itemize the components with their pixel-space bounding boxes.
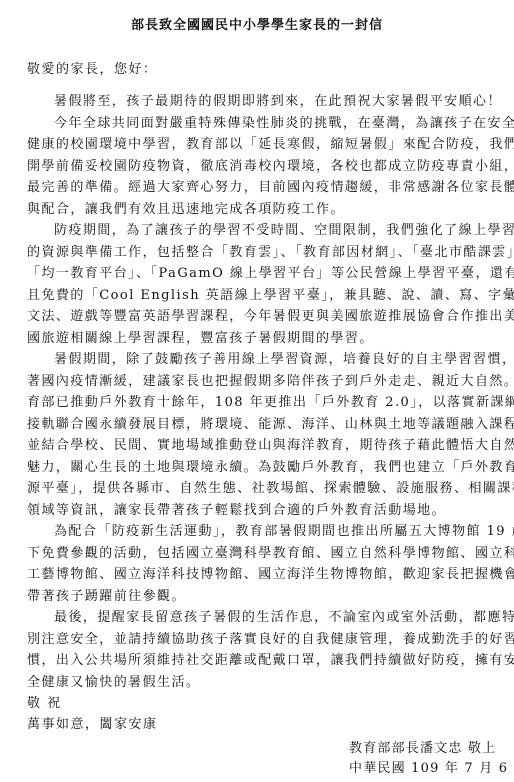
body-line: 帶著孩子踴躍前往參觀。 [27,586,489,608]
body-line: 源平臺」，提供各縣市、自然生態、社教場館、探索體驗、設施服務、相關課程 [27,478,489,500]
letter-title: 部長致全國國民中小學學生家長的一封信 [0,14,514,33]
body-line: 最完善的準備。經過大家齊心努力，目前國內疫情趨緩，非常感謝各位家長體諒 [27,177,489,199]
body-line: 暑假期間，除了鼓勵孩子善用線上學習資源，培養良好的自主學習習慣，隨 [27,349,489,371]
body-line: 文法、遊戲等豐富英語學習課程，今年暑假更與美國旅遊推展協會合作推出美 [27,306,489,328]
body-line: 為配合「防疫新生活運動」，教育部暑假期間也推出所屬五大博物館 19 歲以 [27,521,489,543]
closing-wish: 萬事如意，闔家安康 [27,714,158,735]
letter-body: 暑假將至，孩子最期待的假期即將到來，在此預祝大家暑假平安順心！今年全球共同面對嚴… [27,91,489,693]
body-line: 領域等資訊，讓家長帶著孩子輕鬆找到合適的戶外教育活動場地。 [27,500,489,522]
body-line: 暑假將至，孩子最期待的假期即將到來，在此預祝大家暑假平安順心！ [27,91,489,113]
closing: 敬 祝 萬事如意，闔家安康 [27,693,158,735]
body-line: 最後，提醒家長留意孩子暑假的生活作息，不論室內或室外活動，都應特 [27,607,489,629]
body-line: 防疫期間，為了讓孩子的學習不受時間、空間限制，我們強化了線上學習 [27,220,489,242]
body-line: 且免費的「Cool English 英語線上學習平臺」，兼具聽、說、讀、寫、字彙… [27,285,489,307]
greeting: 敬愛的家長，您好： [27,58,158,77]
body-line: 育部已推動戶外教育十餘年，108 年更推出「戶外教育 2.0」，以落實新課綱精神… [27,392,489,414]
body-line: 的資源與準備工作，包括整合「教育雲」、「教育部因材網」、「臺北市酷課雲」、 [27,242,489,264]
body-line: 並結合學校、民間、實地場域推動登山與海洋教育，期待孩子藉此體悟大自然的 [27,435,489,457]
body-line: 著國內疫情漸緩，建議家長也把握假期多陪伴孩子到戶外走走、親近大自然。教 [27,371,489,393]
body-line: 今年全球共同面對嚴重特殊傳染性肺炎的挑戰，在臺灣，為讓孩子在安全、 [27,113,489,135]
body-line: 全健康又愉快的暑假生活。 [27,672,489,694]
body-line: 開學前備妥校園防疫物資，徹底消毒校內環境，各校也都成立防疫專責小組，做 [27,156,489,178]
closing-salutation: 敬 祝 [27,693,158,714]
signature-date: 中華民國 109 年 7 月 6 日 [349,757,514,776]
body-line: 別注意安全，並請持續協助孩子落實良好的自我健康管理，養成勤洗手的好習 [27,629,489,651]
body-line: 工藝博物館、國立海洋科技博物館、國立海洋生物博物館，歡迎家長把握機會， [27,564,489,586]
body-line: 魅力，關心生長的土地與環境永續。為鼓勵戶外教育，我們也建立「戶外教育資 [27,457,489,479]
body-line: 國旅遊相關線上學習課程，豐富孩子暑假期間的學習。 [27,328,489,350]
signature-sender: 教育部部長潘文忠 敬上 [349,737,496,756]
body-line: 「均一教育平台」、「PaGamO 線上學習平台」等公民營線上學習平臺，還有優質 [27,263,489,285]
body-line: 健康的校園環境中學習，教育部以「延長寒假，縮短暑假」來配合防疫，我們在 [27,134,489,156]
body-line: 慣，出入公共場所須維持社交距離或配戴口罩，讓我們持續做好防疫，擁有安 [27,650,489,672]
body-line: 接軌聯合國永續發展目標，將環境、能源、海洋、山林與土地等議題融入課程， [27,414,489,436]
body-line: 與配合，讓我們有效且迅速地完成各項防疫工作。 [27,199,489,221]
body-line: 下免費參觀的活動，包括國立臺灣科學教育館、國立自然科學博物館、國立科學 [27,543,489,565]
